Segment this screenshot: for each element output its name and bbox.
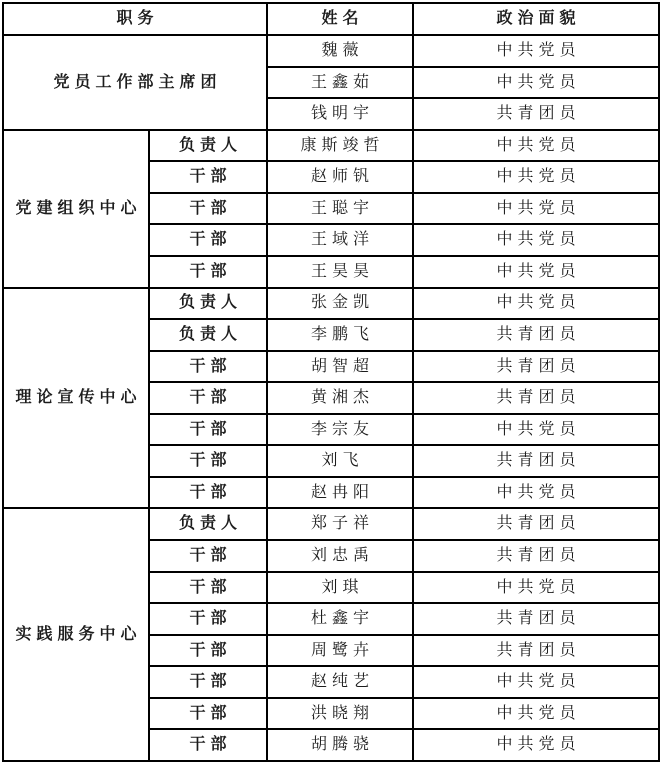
- status-cell: 共青团员: [413, 508, 659, 540]
- name-cell: 杜鑫宇: [267, 603, 413, 635]
- name-cell: 魏薇: [267, 35, 413, 67]
- table-row: 实践服务中心 负责人 郑子祥 共青团员: [3, 508, 659, 540]
- role-cell: 干部: [149, 161, 267, 193]
- table-row: 党建组织中心 负责人 康斯竣哲 中共党员: [3, 130, 659, 162]
- name-cell: 王昊昊: [267, 256, 413, 288]
- department-cell: 党员工作部主席团: [3, 35, 267, 130]
- name-cell: 刘忠禹: [267, 540, 413, 572]
- status-cell: 中共党员: [413, 35, 659, 67]
- name-cell: 刘飞: [267, 445, 413, 477]
- name-cell: 刘琪: [267, 572, 413, 604]
- status-cell: 中共党员: [413, 414, 659, 446]
- status-cell: 中共党员: [413, 67, 659, 99]
- name-cell: 王鑫茹: [267, 67, 413, 99]
- status-cell: 共青团员: [413, 603, 659, 635]
- status-cell: 共青团员: [413, 540, 659, 572]
- header-row: 职务 姓名 政治面貌: [3, 3, 659, 35]
- status-cell: 共青团员: [413, 351, 659, 383]
- role-cell: 干部: [149, 572, 267, 604]
- role-cell: 干部: [149, 729, 267, 761]
- role-cell: 负责人: [149, 288, 267, 320]
- role-cell: 干部: [149, 540, 267, 572]
- table-row: 理论宣传中心 负责人 张金凯 中共党员: [3, 288, 659, 320]
- role-cell: 干部: [149, 193, 267, 225]
- name-cell: 洪晓翔: [267, 698, 413, 730]
- name-cell: 李宗友: [267, 414, 413, 446]
- status-cell: 中共党员: [413, 193, 659, 225]
- role-cell: 干部: [149, 414, 267, 446]
- department-cell: 实践服务中心: [3, 508, 149, 761]
- name-cell: 赵师钒: [267, 161, 413, 193]
- column-header-name: 姓名: [267, 3, 413, 35]
- role-cell: 干部: [149, 256, 267, 288]
- name-cell: 钱明宇: [267, 98, 413, 130]
- role-cell: 干部: [149, 477, 267, 509]
- department-cell: 理论宣传中心: [3, 288, 149, 509]
- name-cell: 康斯竣哲: [267, 130, 413, 162]
- status-cell: 共青团员: [413, 98, 659, 130]
- role-cell: 负责人: [149, 130, 267, 162]
- status-cell: 中共党员: [413, 130, 659, 162]
- status-cell: 中共党员: [413, 729, 659, 761]
- status-cell: 中共党员: [413, 161, 659, 193]
- name-cell: 周鹭卉: [267, 635, 413, 667]
- status-cell: 中共党员: [413, 224, 659, 256]
- name-cell: 赵纯艺: [267, 666, 413, 698]
- status-cell: 共青团员: [413, 445, 659, 477]
- role-cell: 干部: [149, 351, 267, 383]
- name-cell: 胡智超: [267, 351, 413, 383]
- name-cell: 郑子祥: [267, 508, 413, 540]
- status-cell: 中共党员: [413, 666, 659, 698]
- name-cell: 黄湘杰: [267, 382, 413, 414]
- status-cell: 中共党员: [413, 256, 659, 288]
- name-cell: 赵冉阳: [267, 477, 413, 509]
- name-cell: 王聪宇: [267, 193, 413, 225]
- status-cell: 共青团员: [413, 319, 659, 351]
- name-cell: 胡腾骁: [267, 729, 413, 761]
- status-cell: 中共党员: [413, 477, 659, 509]
- role-cell: 干部: [149, 224, 267, 256]
- status-cell: 中共党员: [413, 698, 659, 730]
- status-cell: 中共党员: [413, 288, 659, 320]
- roster-table: 职务 姓名 政治面貌 党员工作部主席团 魏薇 中共党员 王鑫茹 中共党员 钱明宇…: [2, 2, 660, 762]
- role-cell: 负责人: [149, 508, 267, 540]
- department-cell: 党建组织中心: [3, 130, 149, 288]
- name-cell: 王域洋: [267, 224, 413, 256]
- role-cell: 干部: [149, 445, 267, 477]
- column-header-position: 职务: [3, 3, 267, 35]
- role-cell: 干部: [149, 603, 267, 635]
- role-cell: 干部: [149, 698, 267, 730]
- role-cell: 干部: [149, 635, 267, 667]
- name-cell: 张金凯: [267, 288, 413, 320]
- role-cell: 干部: [149, 382, 267, 414]
- status-cell: 共青团员: [413, 382, 659, 414]
- column-header-status: 政治面貌: [413, 3, 659, 35]
- role-cell: 负责人: [149, 319, 267, 351]
- table-row: 党员工作部主席团 魏薇 中共党员: [3, 35, 659, 67]
- role-cell: 干部: [149, 666, 267, 698]
- status-cell: 中共党员: [413, 572, 659, 604]
- status-cell: 共青团员: [413, 635, 659, 667]
- name-cell: 李鹏飞: [267, 319, 413, 351]
